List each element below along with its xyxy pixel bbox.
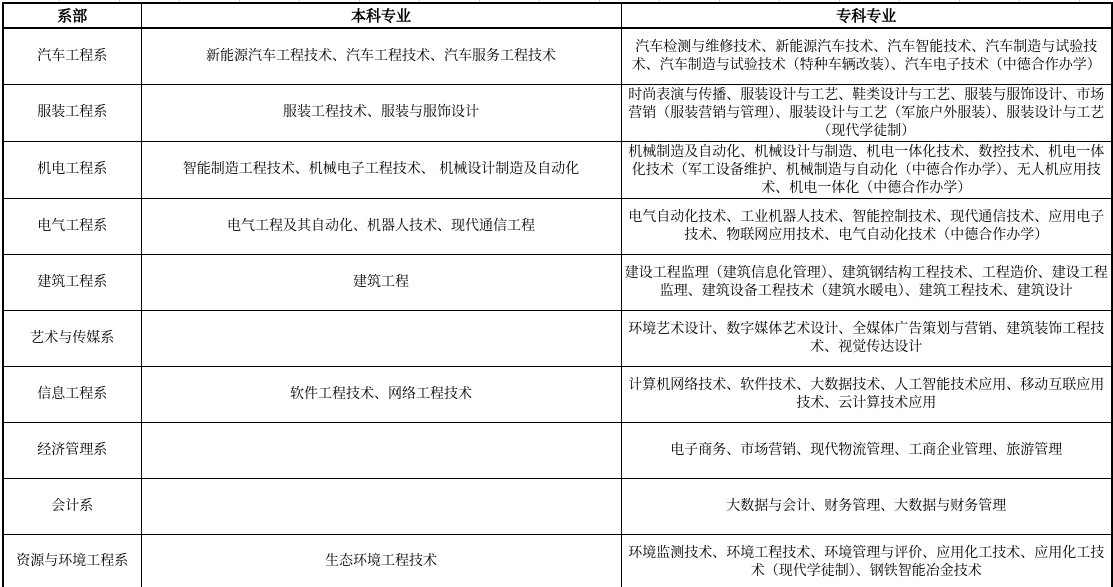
table-row: 经济管理系 电子商务、市场营销、现代物流管理、工商企业管理、旅游管理 xyxy=(3,422,1112,478)
undergrad-cell xyxy=(141,422,621,478)
college-cell: 大数据与会计、财务管理、大数据与财务管理 xyxy=(621,478,1112,534)
table-row: 会计系 大数据与会计、财务管理、大数据与财务管理 xyxy=(3,478,1112,534)
table-row: 机电工程系 智能制造工程技术、机械电子工程技术、 机械设计制造及自动化 机械制造… xyxy=(3,141,1112,198)
table-row: 信息工程系 软件工程技术、网络工程技术 计算机网络技术、软件技术、大数据技术、人… xyxy=(3,366,1112,422)
dept-cell: 电气工程系 xyxy=(3,198,141,254)
college-cell: 电子商务、市场营销、现代物流管理、工商企业管理、旅游管理 xyxy=(621,422,1112,478)
dept-cell: 服装工程系 xyxy=(3,84,141,141)
undergrad-cell: 服装工程技术、服装与服饰设计 xyxy=(141,84,621,141)
table-row: 服装工程系 服装工程技术、服装与服饰设计 时尚表演与传播、服装设计与工艺、鞋类设… xyxy=(3,84,1112,141)
undergrad-cell: 智能制造工程技术、机械电子工程技术、 机械设计制造及自动化 xyxy=(141,141,621,198)
college-cell: 时尚表演与传播、服装设计与工艺、鞋类设计与工艺、服装与服饰设计、市场营销（服装营… xyxy=(621,84,1112,141)
header-undergrad: 本科专业 xyxy=(141,3,621,28)
table-row: 汽车工程系 新能源汽车工程技术、汽车工程技术、汽车服务工程技术 汽车检测与维修技… xyxy=(3,28,1112,84)
undergrad-cell xyxy=(141,310,621,366)
college-cell: 汽车检测与维修技术、新能源汽车技术、汽车智能技术、汽车制造与试验技术、汽车制造与… xyxy=(621,28,1112,84)
dept-cell: 信息工程系 xyxy=(3,366,141,422)
undergrad-cell: 生态环境工程技术 xyxy=(141,534,621,587)
college-cell: 电气自动化技术、工业机器人技术、智能控制技术、现代通信技术、应用电子技术、物联网… xyxy=(621,198,1112,254)
header-dept: 系部 xyxy=(3,3,141,28)
dept-cell: 机电工程系 xyxy=(3,141,141,198)
college-cell: 环境艺术设计、数字媒体艺术设计、全媒体广告策划与营销、建筑装饰工程技术、视觉传达… xyxy=(621,310,1112,366)
table-row: 艺术与传媒系 环境艺术设计、数字媒体艺术设计、全媒体广告策划与营销、建筑装饰工程… xyxy=(3,310,1112,366)
table-row: 资源与环境工程系 生态环境工程技术 环境监测技术、环境工程技术、环境管理与评价、… xyxy=(3,534,1112,587)
college-cell: 环境监测技术、环境工程技术、环境管理与评价、应用化工技术、应用化工技术（现代学徒… xyxy=(621,534,1112,587)
dept-cell: 资源与环境工程系 xyxy=(3,534,141,587)
page: 系部 本科专业 专科专业 汽车工程系 新能源汽车工程技术、汽车工程技术、汽车服务… xyxy=(0,0,1113,587)
undergrad-cell: 电气工程及其自动化、机器人技术、现代通信工程 xyxy=(141,198,621,254)
college-cell: 建设工程监理（建筑信息化管理）、建筑钢结构工程技术、工程造价、建设工程监理、建筑… xyxy=(621,254,1112,310)
college-cell: 计算机网络技术、软件技术、大数据技术、人工智能技术应用、移动互联应用技术、云计算… xyxy=(621,366,1112,422)
college-cell: 机械制造及自动化、机械设计与制造、机电一体化技术、数控技术、机电一体化技术（军工… xyxy=(621,141,1112,198)
table-row: 电气工程系 电气工程及其自动化、机器人技术、现代通信工程 电气自动化技术、工业机… xyxy=(3,198,1112,254)
undergrad-cell: 建筑工程 xyxy=(141,254,621,310)
dept-cell: 经济管理系 xyxy=(3,422,141,478)
dept-cell: 艺术与传媒系 xyxy=(3,310,141,366)
undergrad-cell: 新能源汽车工程技术、汽车工程技术、汽车服务工程技术 xyxy=(141,28,621,84)
undergrad-cell xyxy=(141,478,621,534)
dept-cell: 会计系 xyxy=(3,478,141,534)
header-row: 系部 本科专业 专科专业 xyxy=(3,3,1112,28)
dept-cell: 建筑工程系 xyxy=(3,254,141,310)
table-row: 建筑工程系 建筑工程 建设工程监理（建筑信息化管理）、建筑钢结构工程技术、工程造… xyxy=(3,254,1112,310)
header-college: 专科专业 xyxy=(621,3,1112,28)
undergrad-cell: 软件工程技术、网络工程技术 xyxy=(141,366,621,422)
departments-majors-table: 系部 本科专业 专科专业 汽车工程系 新能源汽车工程技术、汽车工程技术、汽车服务… xyxy=(2,2,1113,587)
dept-cell: 汽车工程系 xyxy=(3,28,141,84)
